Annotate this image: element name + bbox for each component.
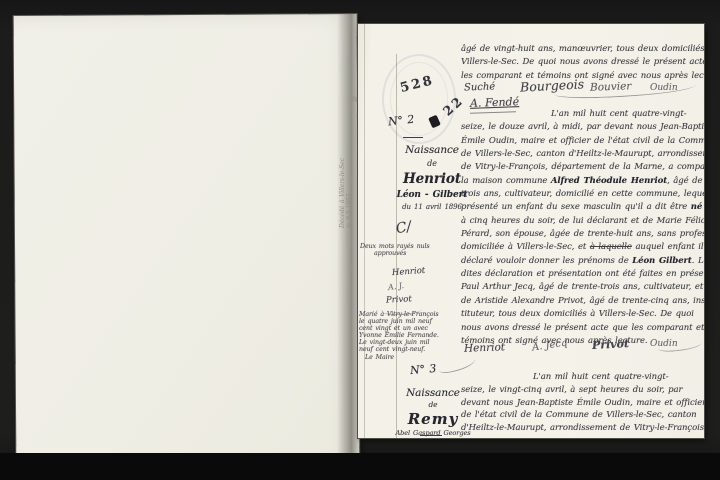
marriage-note-line: le quatre juin mil neuf bbox=[359, 318, 439, 325]
act-line: nous avons dressé le présent acte que le… bbox=[461, 322, 704, 335]
act-line-with-bold: présenté un enfant du sexe masculin qu'i… bbox=[461, 201, 704, 214]
marriage-margin-note: Marié à Vitry-le-François le quatre juin… bbox=[359, 311, 439, 361]
act-line: Pérard, son épouse, âgée de trente-huit … bbox=[461, 228, 704, 241]
act-line-with-strikethrough: domiciliée à Villers-le-Sec, et à laquel… bbox=[461, 241, 704, 254]
correction-note: Deux mots rayés nuls approuvés bbox=[360, 243, 430, 257]
act-line: de Aristide Alexandre Privot, âgé de tre… bbox=[461, 295, 704, 308]
margin-paraph: C/ bbox=[395, 219, 413, 237]
act-line: de Vitry-le-François, département de la … bbox=[461, 161, 704, 174]
margin-date: du 11 avril 1896 bbox=[394, 203, 470, 211]
number-underline bbox=[403, 137, 423, 138]
act-line-with-name: la maison commune Alfred Théodule Henrio… bbox=[461, 175, 704, 188]
act-line-segment: déclaré vouloir donner les prénoms de bbox=[461, 256, 632, 266]
signature-henriot: Henriot bbox=[464, 341, 505, 354]
act-line-segment: domiciliée à Villers-le-Sec, et bbox=[461, 242, 590, 252]
act-line: âgé de vingt-huit ans, manœuvrier, tous … bbox=[461, 43, 704, 56]
act-line: d'Heiltz-le-Maurupt, arrondissement de V… bbox=[461, 422, 704, 435]
margin-name-leon-gilbert: Léon - Gilbert bbox=[394, 190, 470, 200]
act3-number-label: N° 3 bbox=[409, 362, 436, 377]
act-line-segment: , âgé de quarante- bbox=[667, 176, 704, 186]
act-line-with-name: déclaré vouloir donner les prénoms de Lé… bbox=[461, 255, 704, 268]
act-number-label: N° 2 bbox=[387, 113, 414, 129]
act-line: trois ans, cultivateur, domicilié en cet… bbox=[461, 188, 704, 201]
margin-underline bbox=[420, 435, 442, 436]
act-line: Émile Oudin, maire et officier de l'état… bbox=[461, 135, 704, 148]
act-line-segment: . Les- bbox=[692, 256, 704, 266]
signature-suche: Suché bbox=[464, 81, 496, 93]
faint-round-stamp bbox=[382, 54, 456, 144]
act-line: seize, le vingt-cinq avril, à sept heure… bbox=[461, 384, 704, 397]
act-line: de Villers-le-Sec, canton d'Heiltz-le-Ma… bbox=[461, 148, 704, 161]
gutter-pencil-note: Décédé à Villers-le-Sec le 9-5-1953 bbox=[339, 118, 353, 228]
act3-body: L'an mil huit cent quatre-vingt- seize, … bbox=[461, 371, 704, 435]
flourish-line bbox=[658, 338, 703, 352]
act-line: L'an mil huit cent quatre-vingt- bbox=[461, 108, 704, 121]
marriage-note-line: Marié à Vitry-le-François bbox=[359, 311, 439, 318]
act-line: Paul Arthur Jecq, âgé de trente-trois an… bbox=[461, 281, 704, 294]
left-blank-page bbox=[14, 14, 360, 467]
act-line: devant nous Jean-Baptiste Émile Oudin, m… bbox=[461, 397, 704, 410]
correction-note-line: approuvés bbox=[360, 250, 430, 257]
act-line: de l'état civil de la Commune de Villers… bbox=[461, 409, 704, 422]
margin-signature-henriot: Henriot bbox=[392, 266, 426, 278]
register-page: âgé de vingt-huit ans, manœuvrier, tous … bbox=[358, 24, 704, 438]
photographed-register-spread: { "colors":{"background":"#1c1c1c","page… bbox=[0, 0, 720, 480]
act-line-segment: la maison commune bbox=[461, 176, 551, 186]
signature-privot: Privot bbox=[592, 337, 630, 352]
margin-name-henriot: Henriot bbox=[394, 171, 470, 187]
child-given-names: Léon Gilbert bbox=[632, 256, 691, 266]
marriage-note-line: neuf cent vingt-neuf. bbox=[359, 346, 439, 353]
act-line-segment: auquel enfant il a bbox=[632, 242, 704, 252]
act-line: seize, le douze avril, à midi, par devan… bbox=[461, 121, 704, 134]
act-line: Villers-le-Sec. De quoi nous avons dress… bbox=[461, 56, 704, 69]
margin-signature-jecq: A. J. bbox=[387, 281, 404, 292]
marriage-note-line: Yvonne Émilie Fernande. bbox=[359, 332, 439, 339]
margin-signature-privot: Privot bbox=[386, 294, 412, 305]
act-line: dites déclaration et présentation ont ét… bbox=[461, 268, 704, 281]
gutter-note-line: Décédé à Villers-le-Sec bbox=[339, 118, 346, 228]
act-line-segment: présenté un enfant du sexe masculin qu'i… bbox=[461, 202, 691, 212]
struck-words: à laquelle bbox=[590, 242, 632, 252]
ne-hier-emphasis: né hier bbox=[691, 202, 704, 212]
gutter-note-line: le 9-5-1953 bbox=[346, 118, 353, 228]
act-line: L'an mil huit cent quatre-vingt- bbox=[461, 371, 704, 384]
margin-word-de: de bbox=[394, 159, 470, 168]
backdrop-bottom-band bbox=[0, 453, 720, 480]
act2-margin-heading: Naissance de Henriot Léon - Gilbert du 1… bbox=[394, 144, 470, 211]
marriage-note-line: Le vingt-deux juin mil bbox=[359, 339, 439, 346]
act2-body: L'an mil huit cent quatre-vingt- seize, … bbox=[461, 108, 704, 348]
marriage-note-line: Le Maire bbox=[359, 354, 439, 361]
page-crease bbox=[364, 24, 365, 438]
father-name: Alfred Théodule Henriot bbox=[551, 176, 667, 186]
act-line: tituteur, tous deux domiciliés à Villers… bbox=[461, 308, 704, 321]
margin-word-naissance: Naissance bbox=[394, 144, 470, 156]
act-line: à cinq heures du soir, de lui déclarant … bbox=[461, 215, 704, 228]
